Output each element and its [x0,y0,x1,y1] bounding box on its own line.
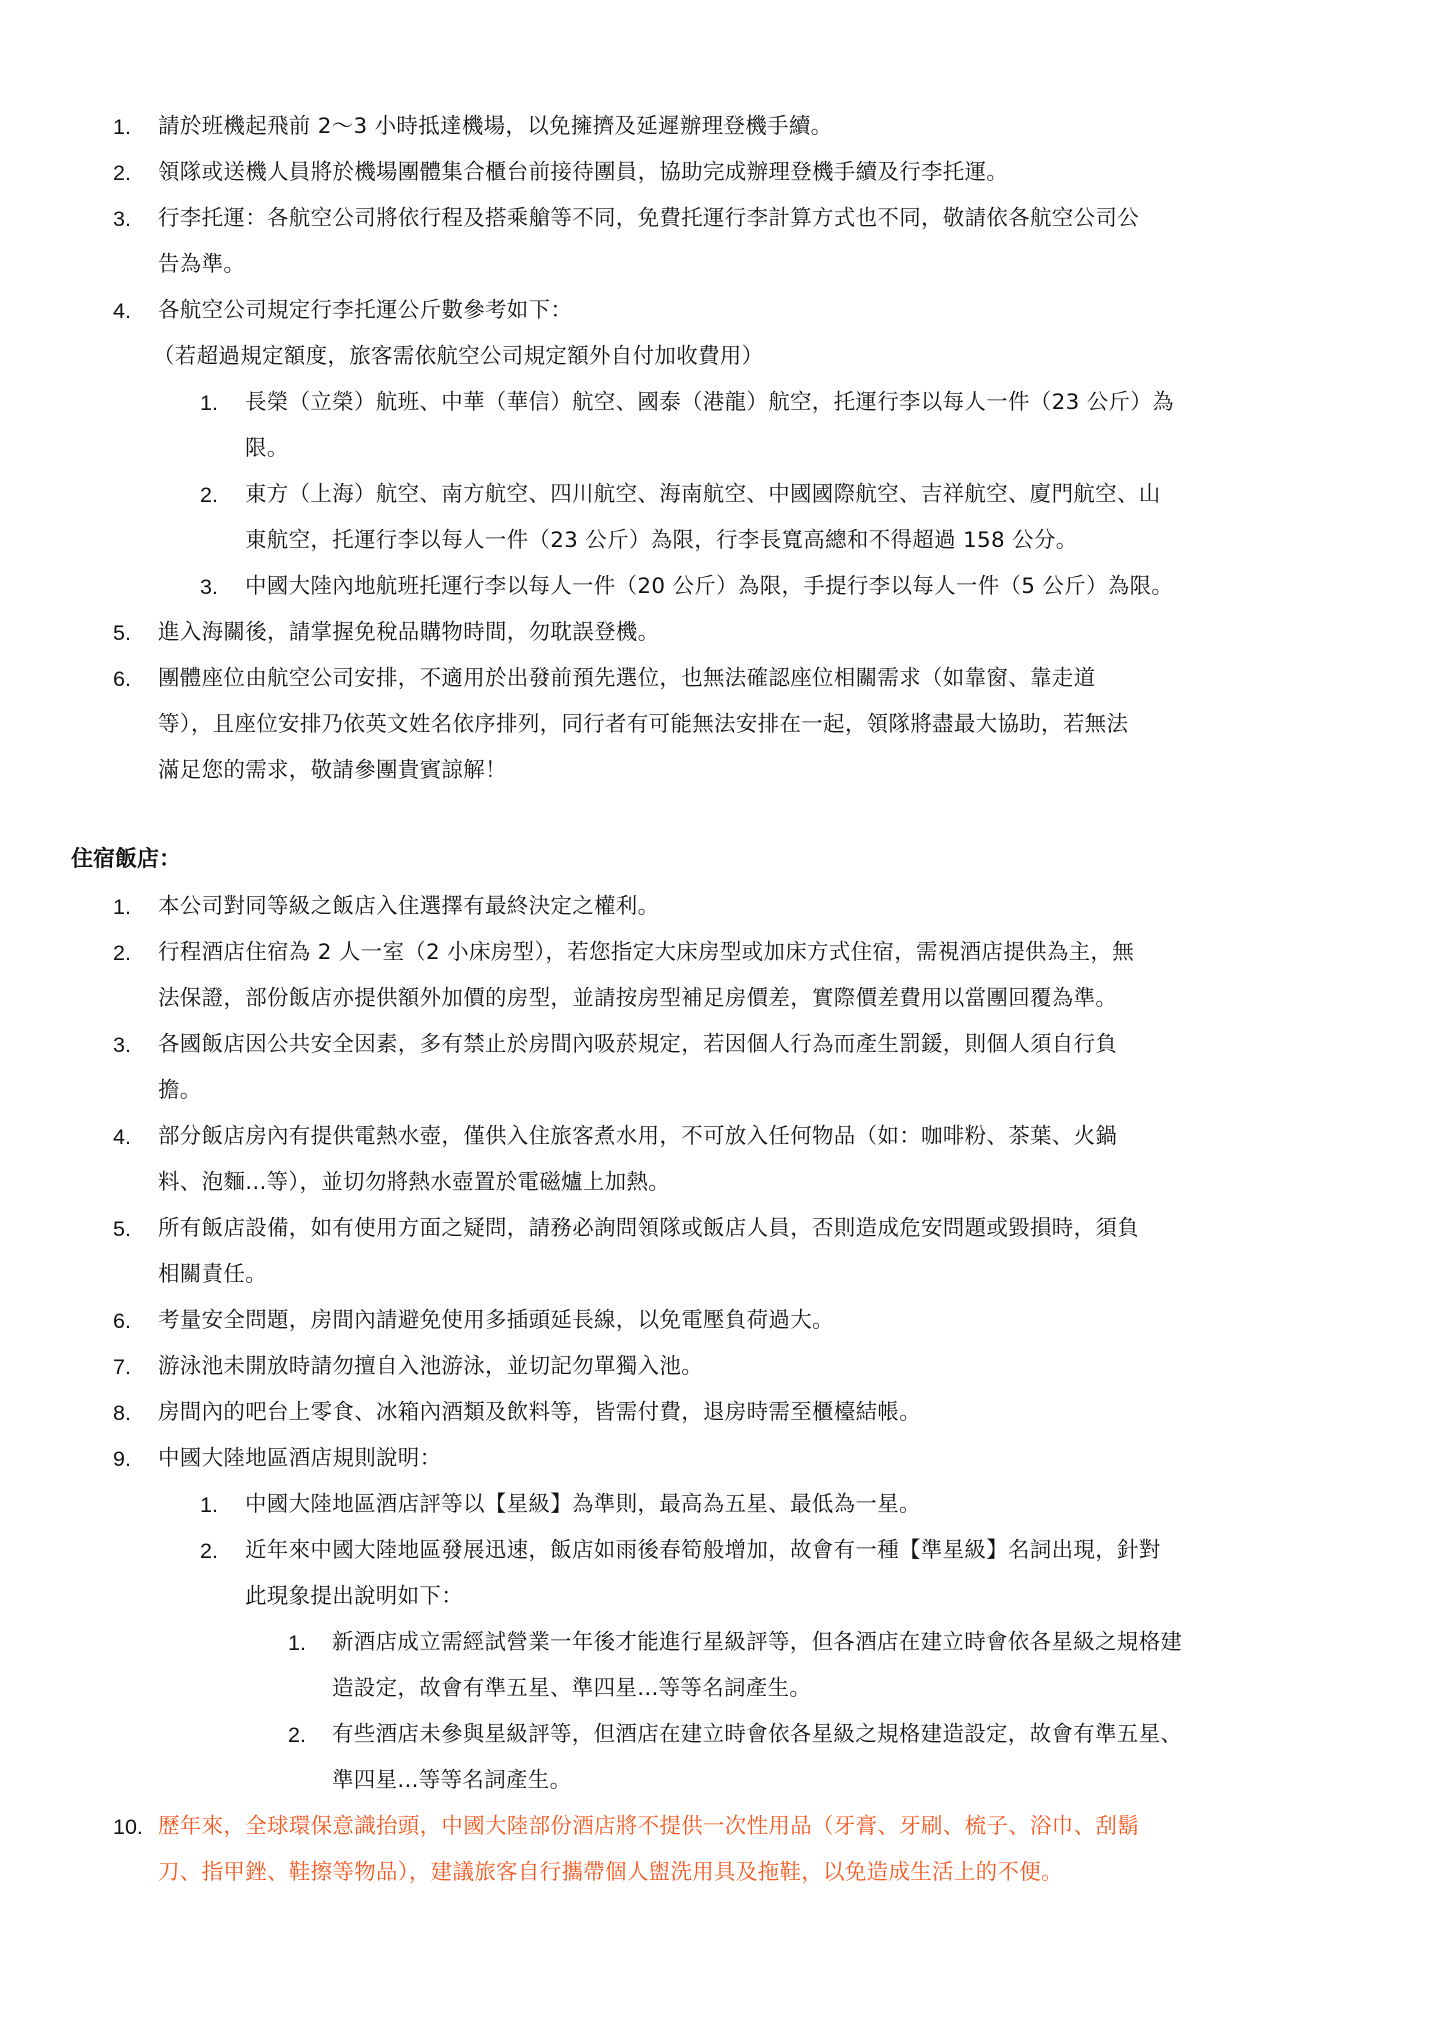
list-number: 5. [113,610,131,656]
document-page: 1. 請於班機起飛前 2～3 小時抵達機場，以免擁擠及延遲辦理登機手續。 2. … [0,0,1440,2036]
list-item-text: 料、泡麵...等），並切勿將熱水壺置於電磁爐上加熱。 [158,1160,670,1206]
list-item-text: 行李托運：各航空公司將依行程及搭乘艙等不同，免費托運行李計算方式也不同，敬請依各… [158,196,1139,242]
sublist-item-text: 長榮（立榮）航班、中華（華信）航空、國泰（港龍）航空，托運行李以每人一件（23 … [245,380,1174,426]
sublist-item-text: 東方（上海）航空、南方航空、四川航空、海南航空、中國國際航空、吉祥航空、廈門航空… [245,472,1161,518]
list-item-text: 滿足您的需求，敬請參團貴賓諒解！ [158,748,507,794]
sublist-item-text: 中國大陸內地航班托運行李以每人一件（20 公斤）為限，手提行李以每人一件（5 公… [245,564,1173,610]
section-heading-hotel: 住宿飯店： [71,837,181,883]
highlighted-notice-text: 歷年來，全球環保意識抬頭，中國大陸部份酒店將不提供一次性用品（牙膏、牙刷、梳子、… [158,1804,1139,1850]
list-item-text: 領隊或送機人員將於機場團體集合櫃台前接待團員，協助完成辦理登機手續及行李托運。 [158,150,1008,196]
sublist-number: 2. [200,472,218,518]
sublist-number: 3. [200,564,218,610]
list-item-text: 法保證，部份飯店亦提供額外加價的房型，並請按房型補足房價差，實際價差費用以當團回… [158,976,1117,1022]
sublist-item-text: 此現象提出說明如下： [245,1574,463,1620]
sublist-number: 2. [200,1528,218,1574]
list-number: 2. [113,150,131,196]
list-number: 5. [113,1206,131,1252]
list-number: 9. [113,1436,131,1482]
subsublist-number: 2. [288,1712,306,1758]
sublist-number: 1. [200,1482,218,1528]
list-item-text: 等），且座位安排乃依英文姓名依序排列，同行者有可能無法安排在一起，領隊將盡最大協… [158,702,1128,748]
list-number: 4. [113,1114,131,1160]
sublist-number: 1. [200,380,218,426]
list-number: 10. [113,1804,143,1850]
list-item-text: 相關責任。 [158,1252,267,1298]
list-number: 1. [113,104,131,150]
sublist-item-text: 近年來中國大陸地區發展迅速，飯店如雨後春筍般增加，故會有一種【準星級】名詞出現，… [245,1528,1161,1574]
highlighted-notice-text: 刀、指甲銼、鞋擦等物品），建議旅客自行攜帶個人盥洗用具及拖鞋，以免造成生活上的不… [158,1850,1063,1896]
subsublist-item-text: 準四星...等等名詞產生。 [332,1758,571,1804]
list-number: 6. [113,656,131,702]
list-number: 7. [113,1344,131,1390]
list-item-text: 行程酒店住宿為 2 人一室（2 小床房型），若您指定大床房型或加床方式住宿，需視… [158,930,1134,976]
list-number: 1. [113,884,131,930]
list-number: 3. [113,1022,131,1068]
list-number: 3. [113,196,131,242]
subsublist-item-text: 造設定，故會有準五星、準四星...等等名詞產生。 [332,1666,811,1712]
list-item-text: 中國大陸地區酒店規則說明： [158,1436,441,1482]
list-item-text: 擔。 [158,1068,202,1114]
list-number: 4. [113,288,131,334]
list-item-text: 游泳池未開放時請勿擅自入池游泳，並切記勿單獨入池。 [158,1344,703,1390]
list-number: 2. [113,930,131,976]
subsublist-item-text: 有些酒店未參與星級評等，但酒店在建立時會依各星級之規格建造設定，故會有準五星、 [332,1712,1182,1758]
list-item-text: 告為準。 [158,242,245,288]
sublist-item-text: 限。 [245,426,289,472]
subsublist-item-text: 新酒店成立需經試營業一年後才能進行星級評等，但各酒店在建立時會依各星級之規格建 [332,1620,1182,1666]
list-item-text: 部分飯店房內有提供電熱水壺，僅供入住旅客煮水用，不可放入任何物品（如：咖啡粉、茶… [158,1114,1117,1160]
list-number: 8. [113,1390,131,1436]
list-number: 6. [113,1298,131,1344]
list-item-text: 本公司對同等級之飯店入住選擇有最終決定之權利。 [158,884,659,930]
list-item-text: 團體座位由航空公司安排，不適用於出發前預先選位，也無法確認座位相關需求（如靠窗、… [158,656,1095,702]
list-item-text: 各國飯店因公共安全因素，多有禁止於房間內吸菸規定，若因個人行為而產生罰鍰，則個人… [158,1022,1117,1068]
list-item-text: 考量安全問題，房間內請避免使用多插頭延長線，以免電壓負荷過大。 [158,1298,834,1344]
subsublist-number: 1. [288,1620,306,1666]
sublist-item-text: 中國大陸地區酒店評等以【星級】為準則，最高為五星、最低為一星。 [245,1482,921,1528]
list-item-text: 房間內的吧台上零食、冰箱內酒類及飲料等，皆需付費，退房時需至櫃檯結帳。 [158,1390,921,1436]
list-item-text: 請於班機起飛前 2～3 小時抵達機場，以免擁擠及延遲辦理登機手續。 [158,104,832,150]
list-item-text: 進入海關後，請掌握免稅品購物時間，勿耽誤登機。 [158,610,659,656]
list-item-text: 各航空公司規定行李托運公斤數參考如下： [158,288,572,334]
baggage-fee-note: （若超過規定額度，旅客需依航空公司規定額外自付加收費用） [153,334,763,380]
sublist-item-text: 東航空，托運行李以每人一件（23 公斤）為限，行李長寬高總和不得超過 158 公… [245,518,1078,564]
list-item-text: 所有飯店設備，如有使用方面之疑問，請務必詢問領隊或飯店人員，否則造成危安問題或毀… [158,1206,1139,1252]
